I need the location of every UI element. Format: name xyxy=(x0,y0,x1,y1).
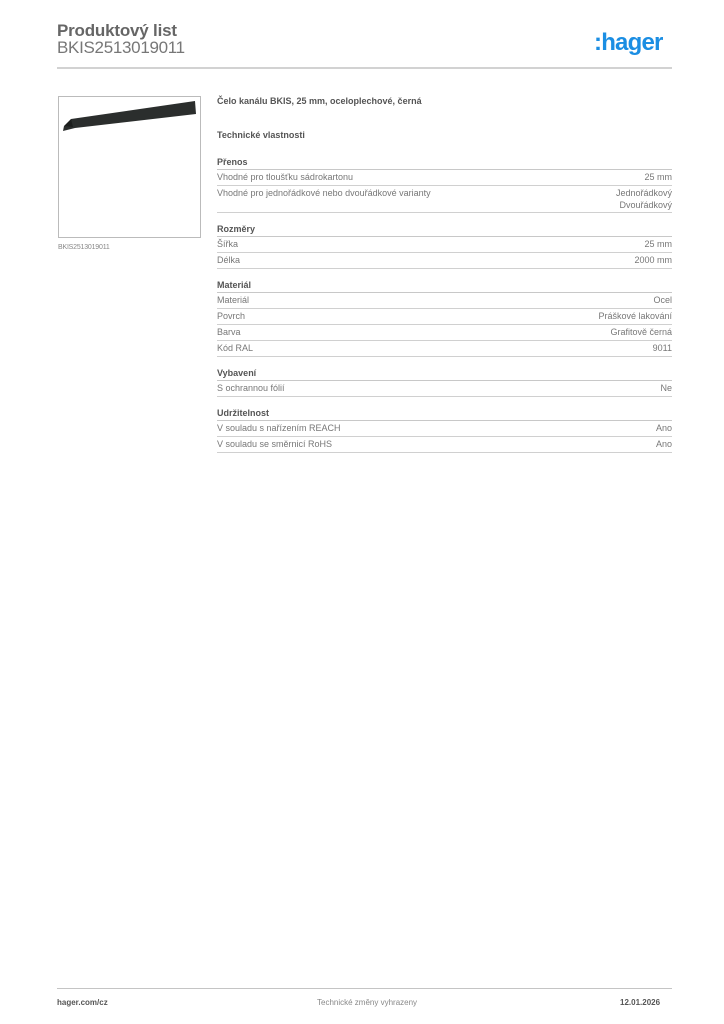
spec-label: Materiál xyxy=(217,294,249,307)
spec-value-line: 9011 xyxy=(653,342,672,354)
spec-value-line: Ocel xyxy=(653,294,672,306)
product-image xyxy=(58,96,201,238)
spec-value-line: 25 mm xyxy=(644,171,672,183)
header-divider xyxy=(57,67,672,69)
spec-value: 9011 xyxy=(653,342,672,355)
spec-section: RozměryŠířka25 mmDélka2000 mm xyxy=(217,223,672,269)
spec-label: Délka xyxy=(217,254,240,267)
product-code: BKIS2513019011 xyxy=(57,38,185,58)
steel-channel-icon xyxy=(59,97,200,237)
spec-row: S ochrannou fóliíNe xyxy=(217,381,672,397)
section-heading: Rozměry xyxy=(217,223,672,237)
footer-date: 12.01.2026 xyxy=(620,998,660,1007)
spec-value-line: Práškové lakování xyxy=(598,310,672,322)
spec-sections: PřenosVhodné pro tloušťku sádrokartonu25… xyxy=(217,156,672,463)
spec-row: Vhodné pro jednořádkové nebo dvouřádkové… xyxy=(217,186,672,213)
spec-row: MateriálOcel xyxy=(217,293,672,309)
product-title: Čelo kanálu BKIS, 25 mm, oceloplechové, … xyxy=(217,96,672,130)
spec-row: Kód RAL9011 xyxy=(217,341,672,357)
section-heading: Přenos xyxy=(217,156,672,170)
spec-value: Grafitově černá xyxy=(610,326,672,339)
section-gap xyxy=(217,269,672,279)
spec-content: Čelo kanálu BKIS, 25 mm, oceloplechové, … xyxy=(217,96,672,463)
spec-value: Ano xyxy=(656,422,672,435)
spec-label: S ochrannou fólií xyxy=(217,382,285,395)
spec-value-line: Dvouřádkový xyxy=(616,199,672,211)
spec-value: JednořádkovýDvouřádkový xyxy=(616,187,672,211)
spec-value-line: Jednořádkový xyxy=(616,187,672,199)
spec-row: Délka2000 mm xyxy=(217,253,672,269)
spec-row: V souladu se směrnicí RoHSAno xyxy=(217,437,672,453)
footer-website[interactable]: hager.com/cz xyxy=(57,998,108,1007)
spec-row: PovrchPráškové lakování xyxy=(217,309,672,325)
tech-heading: Technické vlastnosti xyxy=(217,130,672,156)
spec-row: BarvaGrafitově černá xyxy=(217,325,672,341)
spec-value-line: 2000 mm xyxy=(634,254,672,266)
footer-disclaimer: Technické změny vyhrazeny xyxy=(317,998,417,1007)
spec-label: Barva xyxy=(217,326,241,339)
footer-divider xyxy=(57,988,672,989)
section-heading: Vybavení xyxy=(217,367,672,381)
spec-value: Ocel xyxy=(653,294,672,307)
spec-value: Práškové lakování xyxy=(598,310,672,323)
spec-label: Šířka xyxy=(217,238,238,251)
spec-section: UdržitelnostV souladu s nařízením REACHA… xyxy=(217,407,672,453)
section-gap xyxy=(217,357,672,367)
section-gap xyxy=(217,453,672,463)
hager-logo: :hager xyxy=(594,29,663,57)
spec-row: V souladu s nařízením REACHAno xyxy=(217,421,672,437)
spec-section: VybaveníS ochrannou fóliíNe xyxy=(217,367,672,397)
section-gap xyxy=(217,213,672,223)
spec-label: Povrch xyxy=(217,310,245,323)
spec-value-line: Ano xyxy=(656,422,672,434)
spec-label: V souladu s nařízením REACH xyxy=(217,422,341,435)
spec-value-line: Ano xyxy=(656,438,672,450)
section-heading: Materiál xyxy=(217,279,672,293)
spec-row: Vhodné pro tloušťku sádrokartonu25 mm xyxy=(217,170,672,186)
spec-label: Kód RAL xyxy=(217,342,253,355)
image-caption: BKIS2513019011 xyxy=(58,244,110,251)
section-heading: Udržitelnost xyxy=(217,407,672,421)
spec-value: 25 mm xyxy=(644,171,672,184)
spec-label: Vhodné pro jednořádkové nebo dvouřádkové… xyxy=(217,187,431,211)
spec-value-line: Ne xyxy=(660,382,672,394)
spec-label: V souladu se směrnicí RoHS xyxy=(217,438,332,451)
spec-value-line: Grafitově černá xyxy=(610,326,672,338)
section-gap xyxy=(217,397,672,407)
spec-value-line: 25 mm xyxy=(644,238,672,250)
spec-value: 2000 mm xyxy=(634,254,672,267)
spec-value: Ano xyxy=(656,438,672,451)
spec-value: 25 mm xyxy=(644,238,672,251)
spec-value: Ne xyxy=(660,382,672,395)
spec-section: MateriálMateriálOcelPovrchPráškové lakov… xyxy=(217,279,672,357)
spec-label: Vhodné pro tloušťku sádrokartonu xyxy=(217,171,353,184)
spec-section: PřenosVhodné pro tloušťku sádrokartonu25… xyxy=(217,156,672,213)
spec-row: Šířka25 mm xyxy=(217,237,672,253)
